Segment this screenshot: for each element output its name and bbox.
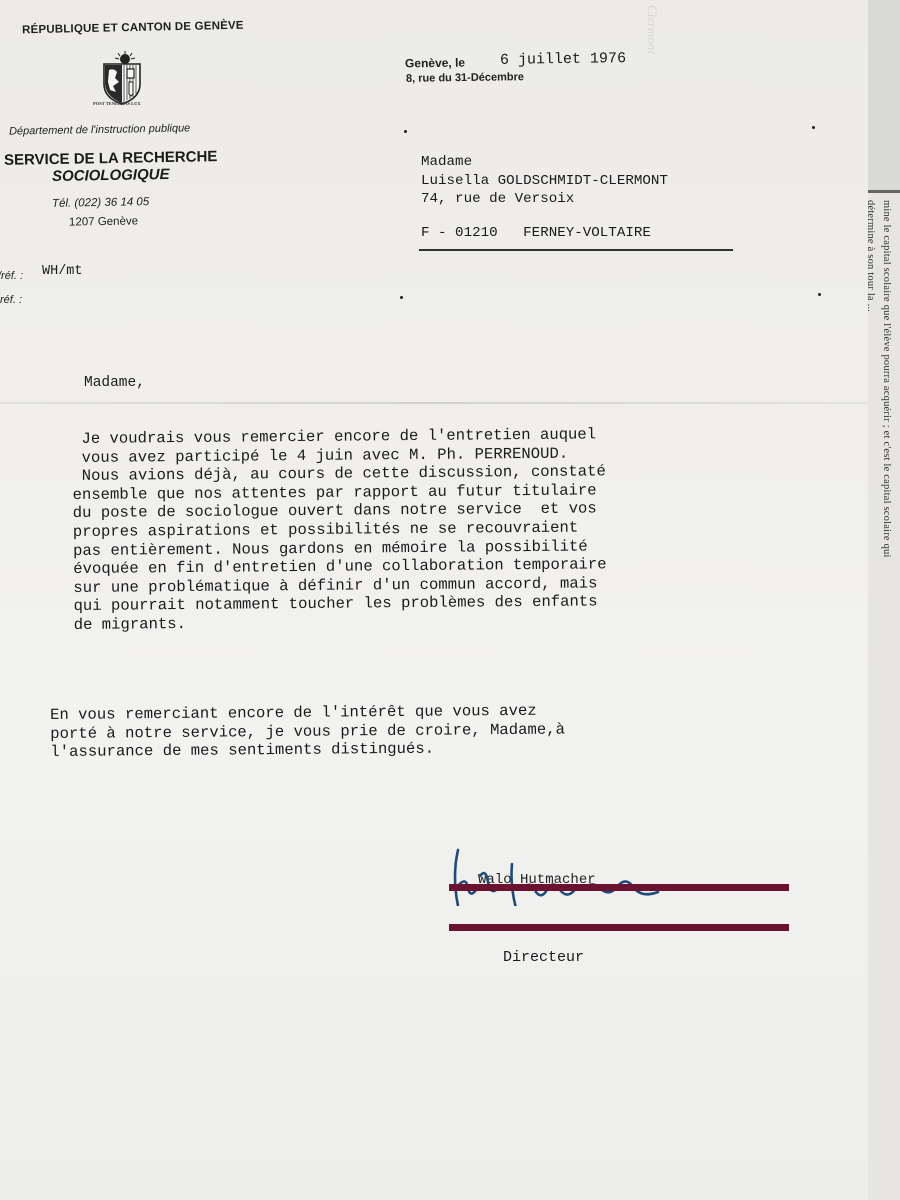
- bleed-through-handwriting: Clermont: [640, 5, 660, 155]
- our-ref-value: WH/mt: [42, 264, 83, 279]
- paper-fold-crease: [0, 402, 868, 404]
- your-ref-label: réf. :: [0, 294, 22, 306]
- letterhead-phone: Tél. (022) 36 14 05: [52, 196, 149, 210]
- body-paragraph-1: Je voudrais vous remercier encore de l'e…: [72, 425, 607, 634]
- letterhead-motto: POST TENEBRAS LUX: [93, 101, 141, 106]
- geneva-coat-of-arms-icon: [100, 50, 144, 106]
- letter-date: 6 juillet 1976: [500, 50, 626, 69]
- punch-mark: [400, 296, 403, 299]
- letterhead-republic: RÉPUBLIQUE ET CANTON DE GENÈVE: [22, 20, 244, 37]
- redaction-bar: [449, 884, 789, 891]
- punch-mark: [818, 293, 821, 296]
- recipient-address: Madame Luisella GOLDSCHMIDT-CLERMONT 74,…: [421, 153, 668, 209]
- signatory-role: Directeur: [503, 949, 584, 966]
- punch-mark: [404, 130, 407, 133]
- handwritten-signature: [446, 846, 696, 906]
- punch-mark: [812, 126, 815, 129]
- body-paragraph-2: En vous remerciant encore de l'intérêt q…: [50, 702, 565, 762]
- salutation: Madame,: [84, 375, 145, 391]
- address-underline: [419, 249, 733, 251]
- date-place-label: Genève, le: [405, 56, 465, 71]
- redaction-bar: [449, 924, 789, 931]
- letterhead-service-line1: SERVICE DE LA RECHERCHE: [4, 148, 218, 169]
- letterhead-department: Département de l'instruction publique: [9, 122, 190, 137]
- office-address: 8, rue du 31-Décembre: [406, 71, 524, 85]
- recipient-postal-city: F - 01210 FERNEY-VOLTAIRE: [421, 225, 651, 241]
- letterhead-city: 1207 Genève: [69, 215, 138, 228]
- our-ref-label: /réf. :: [0, 270, 23, 282]
- letter-page: Clermont RÉPUBLIQUE ET CANTON DE GENÈVE …: [0, 0, 868, 1200]
- letterhead-service-line2: SOCIOLOGIQUE: [52, 166, 170, 185]
